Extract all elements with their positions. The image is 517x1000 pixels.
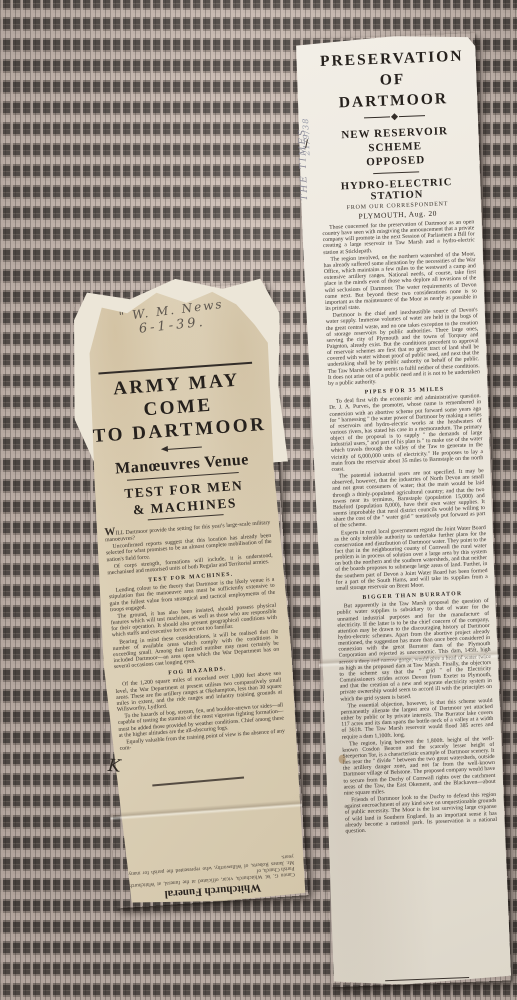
headline: PRESERVATION OF DARTMOOR xyxy=(315,45,469,114)
subhead-rule xyxy=(373,171,419,174)
newspaper-clipping-preservation-dartmoor: PRESERVATION OF DARTMOOR NEW RESERVOIR S… xyxy=(295,33,511,987)
headline-line: PRESERVATION OF xyxy=(320,48,464,89)
subheadline: NEW RESERVOIR SCHEME OPPOSED xyxy=(318,123,472,171)
article-paragraph: Friends of Dartmoor look to the Duchy to… xyxy=(344,792,497,835)
subheadline-2: TEST FOR MEN & MACHINES xyxy=(87,474,281,521)
article-paragraph: Dartmoor is the chief and inexhaustible … xyxy=(326,307,481,387)
diamond-icon xyxy=(390,113,397,120)
article-paragraph: Experts in rural local government regard… xyxy=(334,525,488,592)
article-paragraph: To deal first with the economic and admi… xyxy=(329,393,484,473)
article-paragraph: The region involved, on the northern wat… xyxy=(323,251,477,312)
clipping-content: PRESERVATION OF DARTMOOR NEW RESERVOIR S… xyxy=(295,33,511,987)
article-paragraph: The essential objection, however, is tha… xyxy=(341,698,494,741)
divider-line xyxy=(398,115,424,117)
headline-line: ARMY MAY xyxy=(112,370,240,400)
clipping-sheet: PRESERVATION OF DARTMOOR NEW RESERVOIR S… xyxy=(295,33,511,987)
article-paragraph: The region, lying between the 1,800ft. h… xyxy=(342,736,496,797)
folded-inverted-article: Whitchurch Funeral Canon G. W. Whitchurc… xyxy=(112,820,309,908)
subhead-line: OPPOSED xyxy=(366,154,425,168)
headline-line: COME xyxy=(143,395,213,421)
subheadline-2: HYDRO-ELECTRIC STATION xyxy=(320,176,473,204)
article-body: WILL Dartmoor provide the setting for th… xyxy=(90,514,303,834)
divider-line xyxy=(364,116,390,118)
headline-line: DARTMOOR xyxy=(338,90,448,111)
article-paragraph: The potential industrial users are not s… xyxy=(332,468,486,529)
headline: ARMY MAY COME TO DARTMOOR xyxy=(80,366,276,448)
article-paragraph: Those concerned for the preservation of … xyxy=(322,219,475,256)
article-body: Those concerned for the preservation of … xyxy=(322,219,503,979)
pen-mark: K xyxy=(107,756,121,777)
subhead-line: NEW RESERVOIR SCHEME xyxy=(341,125,448,154)
arrow-tail xyxy=(167,446,201,449)
